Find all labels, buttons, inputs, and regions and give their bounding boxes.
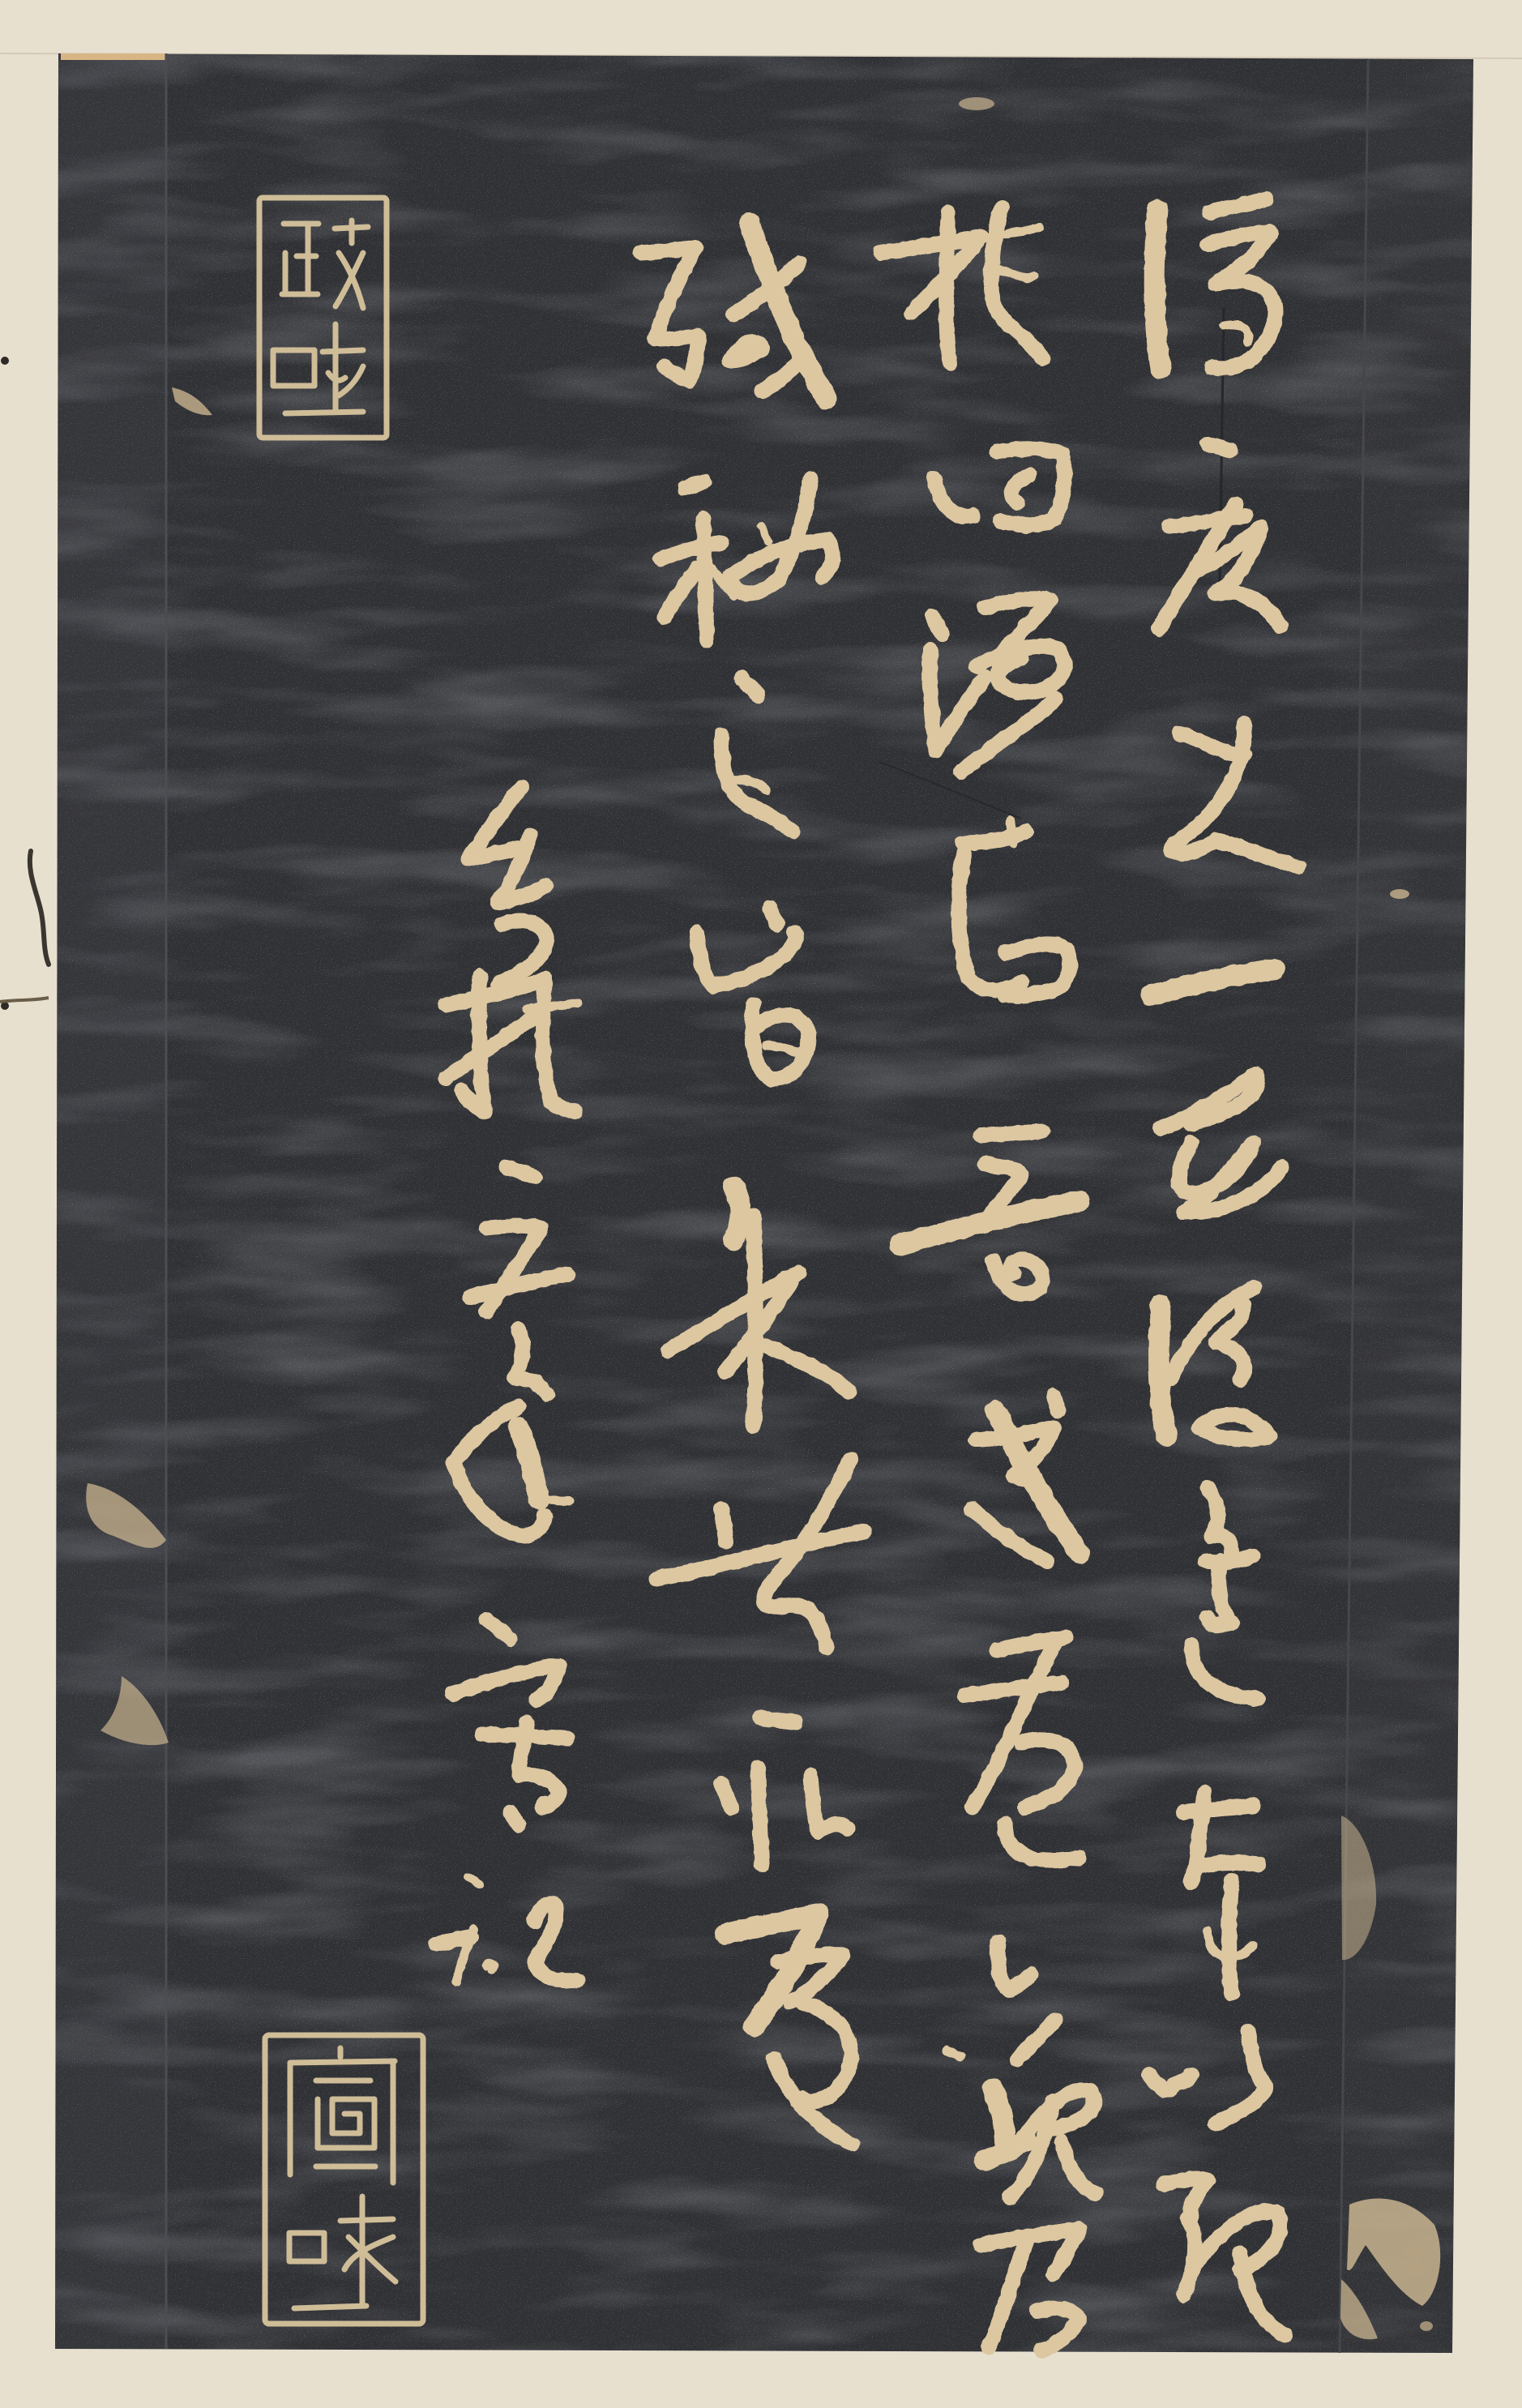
top-edge-strip — [61, 53, 166, 60]
ink-speck — [1, 357, 9, 365]
rubbing-canvas: 政和 宣和 隱 居 — [0, 0, 1522, 2408]
rubbing-sheet: 政和 宣和 隱 居 — [0, 0, 1522, 2408]
